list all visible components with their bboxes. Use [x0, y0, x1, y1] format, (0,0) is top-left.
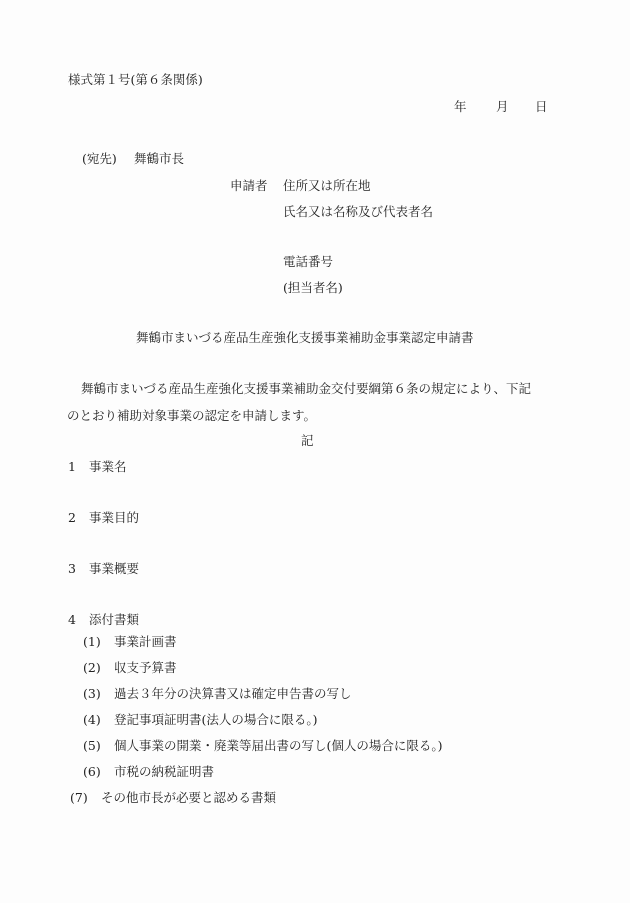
- attachment-4-label: 登記事項証明書(法人の場合に限る。): [114, 714, 318, 727]
- application-form-document: 様式第１号(第６条関係) 年 月 日 (宛先) 舞鶴市長 申請者 住所又は所在地…: [0, 0, 630, 903]
- date-year-label: 年: [454, 101, 467, 114]
- date-day-label: 日: [535, 101, 548, 114]
- attachment-1-label: 事業計画書: [114, 636, 177, 649]
- attachment-1-number: (1): [83, 636, 101, 649]
- form-number: 様式第１号(第６条関係): [68, 74, 203, 87]
- applicant-phone-label: 電話番号: [283, 256, 333, 269]
- applicant-label: 申請者: [230, 180, 268, 193]
- addressee-label: (宛先): [82, 153, 117, 166]
- attachment-7-label: その他市長が必要と認める書類: [101, 792, 276, 805]
- item-2-number: 2: [68, 512, 76, 525]
- body-line-1: 舞鶴市まいづる産品生産強化支援事業補助金交付要綱第６条の規定により、下記: [81, 383, 531, 396]
- applicant-name-label: 氏名又は名称及び代表者名: [283, 206, 433, 219]
- attachment-4-number: (4): [83, 714, 101, 727]
- document-title: 舞鶴市まいづる産品生産強化支援事業補助金事業認定申請書: [136, 332, 474, 345]
- item-4-label: 添付書類: [89, 614, 139, 627]
- ki-heading: 記: [301, 435, 314, 448]
- item-1-number: 1: [68, 461, 76, 474]
- attachment-7-number: (7): [70, 792, 88, 805]
- item-4-number: 4: [68, 614, 76, 627]
- addressee-name: 舞鶴市長: [134, 153, 184, 166]
- attachment-3-number: (3): [83, 688, 101, 701]
- item-1-label: 事業名: [89, 461, 127, 474]
- attachment-3-label: 過去３年分の決算書又は確定申告書の写し: [114, 688, 352, 701]
- applicant-contact-label: (担当者名): [283, 282, 343, 295]
- attachment-6-number: (6): [83, 766, 101, 779]
- item-2-label: 事業目的: [89, 512, 139, 525]
- attachment-2-number: (2): [83, 662, 101, 675]
- attachment-5-number: (5): [83, 740, 101, 753]
- item-3-label: 事業概要: [89, 563, 139, 576]
- item-3-number: 3: [68, 563, 76, 576]
- body-line-2: のとおり補助対象事業の認定を申請します。: [67, 410, 316, 423]
- applicant-address-label: 住所又は所在地: [283, 180, 371, 193]
- attachment-6-label: 市税の納税証明書: [114, 766, 214, 779]
- attachment-2-label: 収支予算書: [114, 662, 177, 675]
- attachment-5-label: 個人事業の開業・廃業等届出書の写し(個人の場合に限る。): [114, 740, 443, 753]
- date-month-label: 月: [496, 101, 509, 114]
